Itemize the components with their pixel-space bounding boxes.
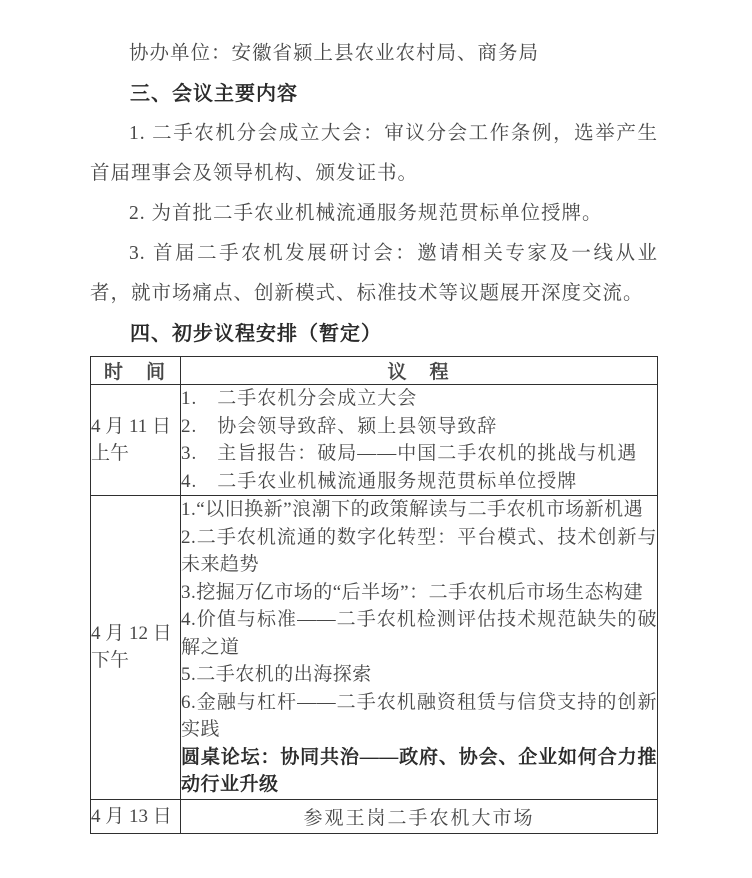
section-four-heading: 四、初步议程安排（暂定）: [90, 314, 658, 354]
agenda-item: 6.金融与杠杆——二手农机融资租赁与信贷支持的创新实践: [181, 689, 657, 744]
time-cell-apr13: 4 月 13 日: [91, 799, 181, 833]
time-date: 4 月 11 日: [91, 413, 180, 440]
agenda-cell-apr12: 1.“以旧换新”浪潮下的政策解读与二手农机市场新机遇 2.二手农机流通的数字化转…: [181, 496, 658, 800]
agenda-item: 5.二手农机的出海探索: [181, 661, 657, 689]
agenda-item: 3. 主旨报告：破局——中国二手农机的挑战与机遇: [181, 440, 657, 468]
table-row-apr13: 4 月 13 日 参观王岗二手农机大市场: [91, 799, 658, 833]
agenda-item: 4.价值与标准——二手农机检测评估技术规范缺失的破解之道: [181, 606, 657, 661]
roundtable-forum-line: 圆桌论坛：协同共治——政府、协会、企业如何合力推动行业升级: [181, 744, 657, 799]
agenda-item: 2. 协会领导致辞、颍上县领导致辞: [181, 413, 657, 441]
agenda-item: 4. 二手农业机械流通服务规范贯标单位授牌: [181, 468, 657, 496]
time-cell-apr12: 4 月 12 日 下午: [91, 496, 181, 800]
document-page: 协办单位：安徽省颍上县农业农村局、商务局 三、会议主要内容 1. 二手农机分会成…: [0, 0, 752, 878]
table-header-time: 时 间: [91, 357, 181, 385]
table-row-apr11: 4 月 11 日 上午 1. 二手农机分会成立大会 2. 协会领导致辞、颍上县领…: [91, 385, 658, 496]
section-three-item-3: 3. 首届二手农机发展研讨会：邀请相关专家及一线从业者，就市场痛点、创新模式、标…: [90, 234, 658, 314]
agenda-item: 1.“以旧换新”浪潮下的政策解读与二手农机市场新机遇: [181, 496, 657, 524]
agenda-item: 1. 二手农机分会成立大会: [181, 385, 657, 413]
time-period: 下午: [91, 647, 180, 674]
agenda-item: 3.挖掘万亿市场的“后半场”：二手农机后市场生态构建: [181, 579, 657, 607]
co-organizer-line: 协办单位：安徽省颍上县农业农村局、商务局: [90, 34, 658, 74]
section-three-item-1: 1. 二手农机分会成立大会：审议分会工作条例，选举产生首届理事会及领导机构、颁发…: [90, 114, 658, 194]
table-header-row: 时 间 议 程: [91, 357, 658, 385]
agenda-table: 时 间 议 程 4 月 11 日 上午 1. 二手农机分会成立大会 2. 协会领…: [90, 356, 658, 834]
time-cell-apr11: 4 月 11 日 上午: [91, 385, 181, 496]
time-period: 上午: [91, 440, 180, 467]
time-date: 4 月 13 日: [91, 803, 180, 830]
section-three-heading: 三、会议主要内容: [90, 74, 658, 114]
section-three-item-2: 2. 为首批二手农业机械流通服务规范贯标单位授牌。: [90, 194, 658, 234]
table-row-apr12: 4 月 12 日 下午 1.“以旧换新”浪潮下的政策解读与二手农机市场新机遇 2…: [91, 496, 658, 800]
table-header-agenda: 议 程: [181, 357, 658, 385]
agenda-cell-apr11: 1. 二手农机分会成立大会 2. 协会领导致辞、颍上县领导致辞 3. 主旨报告：…: [181, 385, 658, 496]
document-content: 协办单位：安徽省颍上县农业农村局、商务局 三、会议主要内容 1. 二手农机分会成…: [90, 34, 658, 834]
agenda-item: 2.二手农机流通的数字化转型：平台模式、技术创新与未来趋势: [181, 524, 657, 579]
time-date: 4 月 12 日: [91, 620, 180, 647]
visit-item: 参观王岗二手农机大市场: [181, 799, 658, 833]
